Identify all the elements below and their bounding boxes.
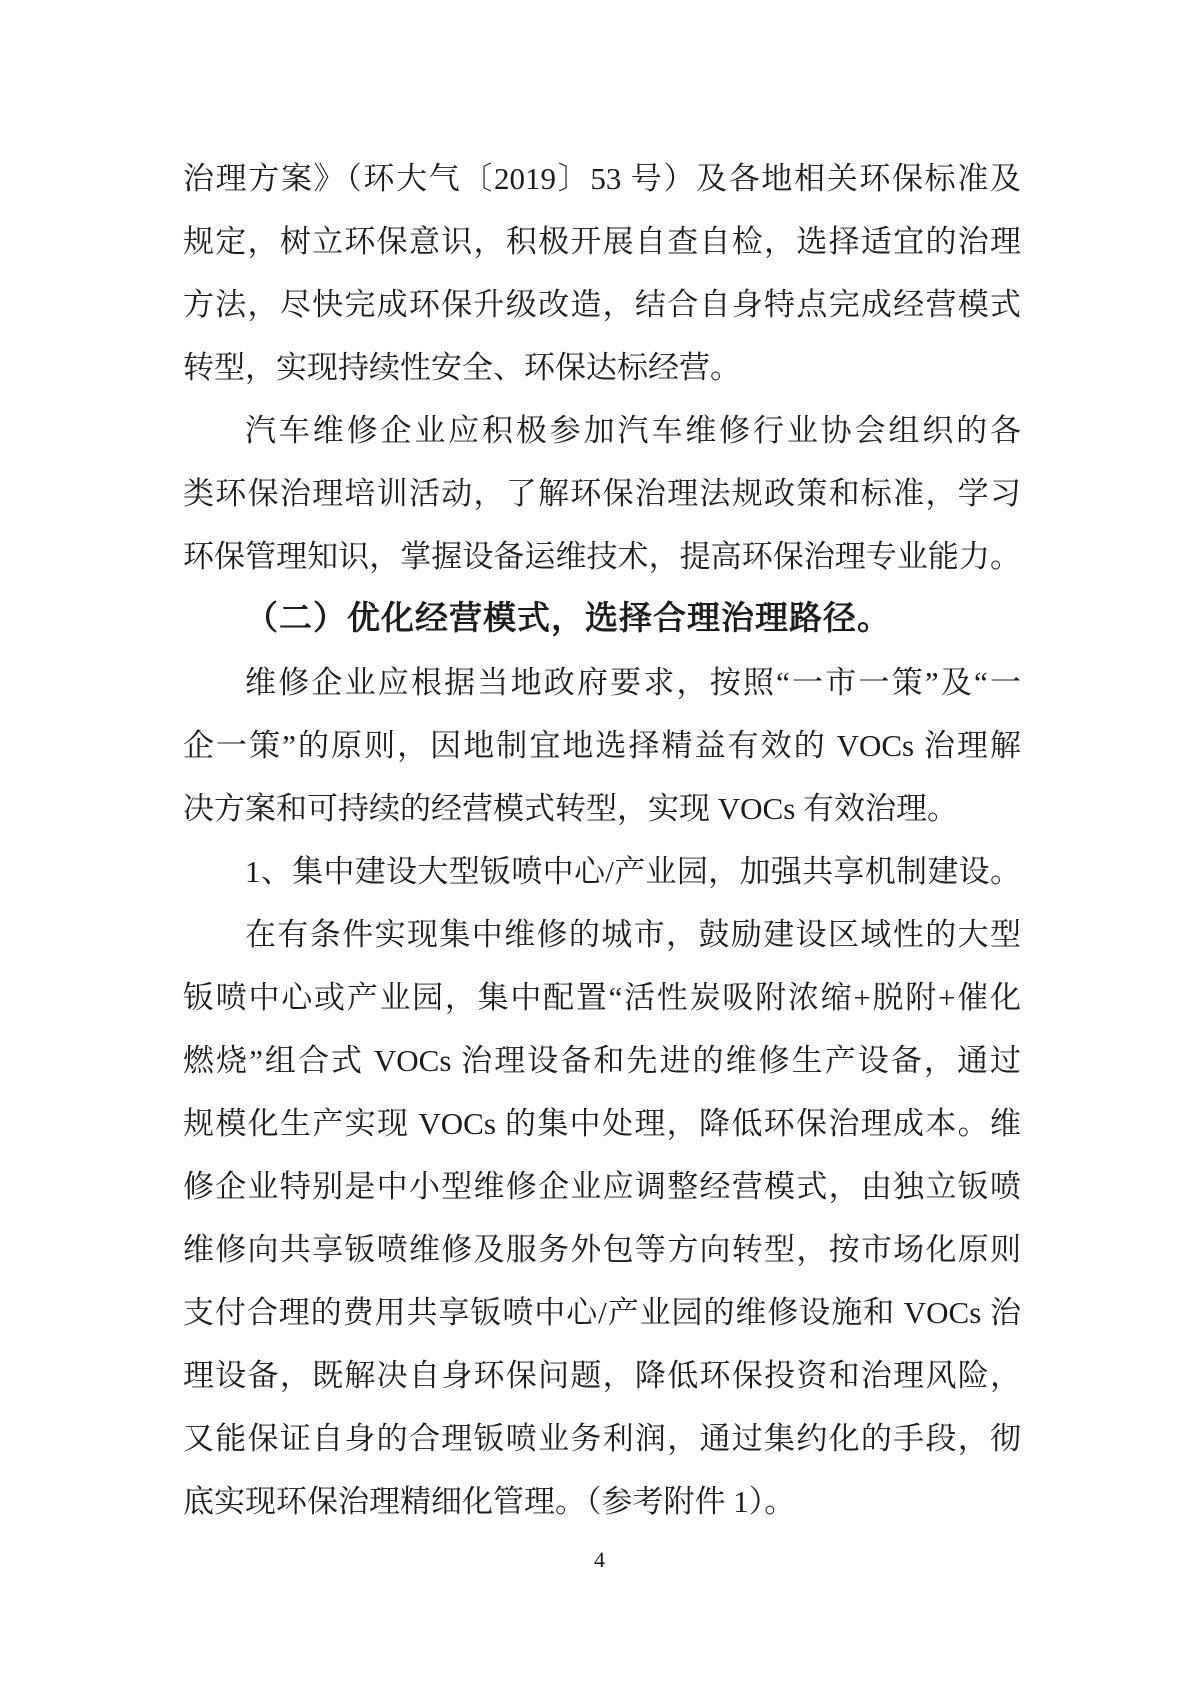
text-line: 环保管理知识，掌握设备运维技术，提高环保治理专业能力。 <box>183 525 1021 588</box>
section-heading-line: （二）优化经营模式，选择合理治理路径。 <box>183 588 1021 651</box>
document-text-block: 治理方案》（环大气〔2019〕53 号）及各地相关环保标准及规定，树立环保意识，… <box>183 147 1021 1533</box>
text-line: 维修向共享钣喷维修及服务外包等方向转型，按市场化原则 <box>183 1218 1021 1281</box>
text-line: 规模化生产实现 VOCs 的集中处理，降低环保治理成本。维 <box>183 1092 1021 1155</box>
text-line: 方法，尽快完成环保升级改造，结合自身特点完成经营模式 <box>183 273 1021 336</box>
text-line: 决方案和可持续的经营模式转型，实现 VOCs 有效治理。 <box>183 777 1021 840</box>
text-line: 汽车维修企业应积极参加汽车维修行业协会组织的各 <box>183 399 1021 462</box>
page-number: 4 <box>0 1545 1199 1575</box>
text-line: 理设备，既解决自身环保问题，降低环保投资和治理风险， <box>183 1344 1021 1407</box>
text-line: 燃烧”组合式 VOCs 治理设备和先进的维修生产设备，通过 <box>183 1029 1021 1092</box>
text-line: 修企业特别是中小型维修企业应调整经营模式，由独立钣喷 <box>183 1155 1021 1218</box>
text-line: 底实现环保治理精细化管理。（参考附件 1）。 <box>183 1470 1021 1533</box>
text-line: 类环保治理培训活动，了解环保治理法规政策和标准，学习 <box>183 462 1021 525</box>
text-line: 企一策”的原则，因地制宜地选择精益有效的 VOCs 治理解 <box>183 714 1021 777</box>
text-line: 转型，实现持续性安全、环保达标经营。 <box>183 336 1021 399</box>
text-line: 1、集中建设大型钣喷中心/产业园，加强共享机制建设。 <box>183 840 1021 903</box>
document-page: 治理方案》（环大气〔2019〕53 号）及各地相关环保标准及规定，树立环保意识，… <box>0 0 1199 1696</box>
text-line: 治理方案》（环大气〔2019〕53 号）及各地相关环保标准及 <box>183 147 1021 210</box>
text-line: 规定，树立环保意识，积极开展自查自检，选择适宜的治理 <box>183 210 1021 273</box>
text-line: 钣喷中心或产业园，集中配置“活性炭吸附浓缩+脱附+催化 <box>183 966 1021 1029</box>
text-line: 维修企业应根据当地政府要求，按照“一市一策”及“一 <box>183 651 1021 714</box>
text-line: 又能保证自身的合理钣喷业务利润，通过集约化的手段，彻 <box>183 1407 1021 1470</box>
text-line: 在有条件实现集中维修的城市，鼓励建设区域性的大型 <box>183 903 1021 966</box>
text-line: 支付合理的费用共享钣喷中心/产业园的维修设施和 VOCs 治 <box>183 1281 1021 1344</box>
